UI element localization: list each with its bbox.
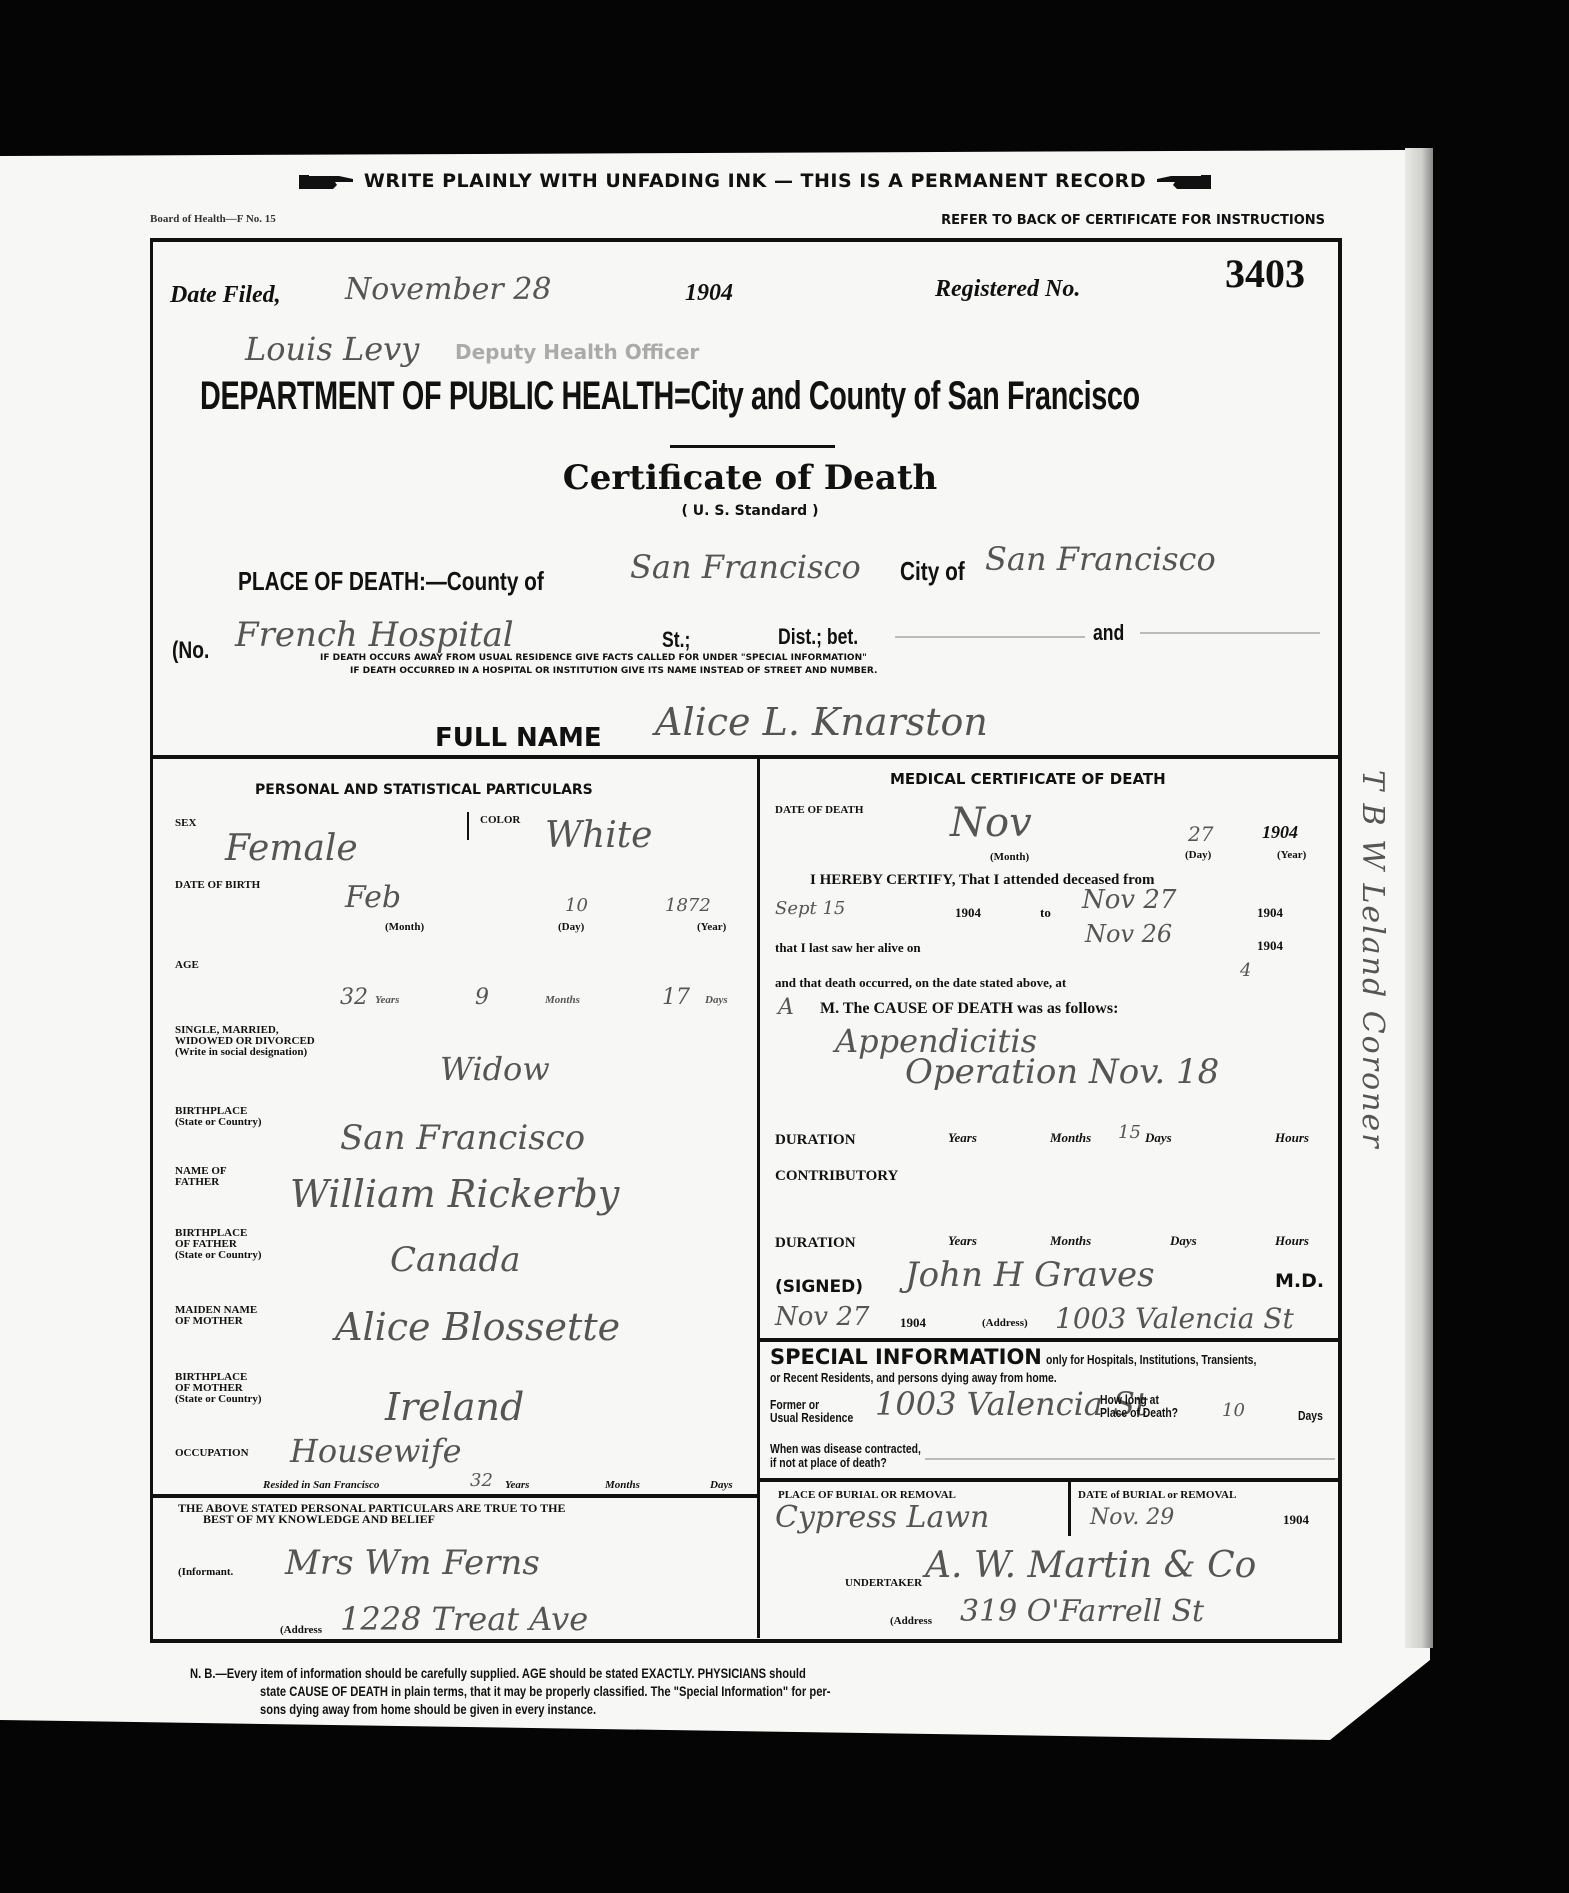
father-name-label-line2: FATHER (175, 1177, 227, 1188)
marital-label-line3: (Write in social designation) (175, 1047, 315, 1058)
contracted-field (925, 1458, 1335, 1460)
resided-years-caption: Years (505, 1480, 529, 1491)
occupation-value: Housewife (290, 1432, 462, 1470)
dod-day-caption: (Day) (1185, 850, 1211, 861)
place-note-line2: IF DEATH OCCURRED IN A HOSPITAL OR INSTI… (350, 666, 877, 676)
standard-note: ( U. S. Standard ) (0, 503, 1500, 519)
mother-name-label-line2: OF MOTHER (175, 1316, 257, 1327)
signed-label: (SIGNED) (775, 1277, 863, 1297)
duration-label: DURATION (775, 1132, 856, 1149)
officer-signature: Louis Levy (245, 330, 419, 368)
sex-value: Female (225, 828, 358, 869)
residence-label-line2: Usual Residence (770, 1411, 853, 1424)
father-birthplace-label-line3: (State or Country) (175, 1250, 262, 1261)
county-value: San Francisco (630, 548, 861, 586)
undertaker-value: A. W. Martin & Co (925, 1545, 1256, 1586)
personal-heading: PERSONAL AND STATISTICAL PARTICULARS (255, 782, 593, 798)
age-days: 17 (662, 985, 690, 1010)
father-name-label: NAME OF FATHER (175, 1166, 227, 1188)
duration-years-caption: Years (948, 1130, 977, 1146)
footnote-line1: N. B.—Every item of information should b… (190, 1665, 806, 1681)
registered-label: Registered No. (935, 276, 1080, 303)
informant-address-value: 1228 Treat Ave (340, 1600, 588, 1638)
footnote-line2: state CAUSE OF DEATH in plain terms, tha… (260, 1683, 831, 1699)
form-id: Board of Health—F No. 15 (150, 213, 276, 225)
dod-year: 1904 (1262, 822, 1298, 843)
sex-label: SEX (175, 818, 196, 829)
special-heading-note: only for Hospitals, Institutions, Transi… (1046, 1352, 1256, 1367)
mother-birthplace-label-line3: (State or Country) (175, 1394, 262, 1405)
header-banner: WRITE PLAINLY WITH UNFADING INK — THIS I… (205, 170, 1305, 193)
residence-label: Former or Usual Residence (770, 1398, 853, 1424)
signed-year: 1904 (900, 1315, 926, 1331)
dod-month-caption: (Month) (990, 852, 1029, 863)
city-value: San Francisco (985, 540, 1216, 578)
city-label: City of (900, 556, 965, 587)
attended-to-date: Nov 27 (1082, 885, 1176, 915)
place-of-death-location: French Hospital (235, 615, 514, 655)
birthplace-value: San Francisco (340, 1118, 585, 1158)
district-between-field (895, 636, 1085, 638)
date-filed-value: November 28 (345, 272, 551, 307)
burial-place-value: Cypress Lawn (775, 1500, 989, 1535)
physician-address: 1003 Valencia St (1055, 1302, 1294, 1335)
contracted-label-line2: if not at place of death? (770, 1456, 921, 1470)
physician-address-label: (Address) (982, 1318, 1028, 1329)
resided-days-caption: Days (710, 1480, 733, 1491)
coroner-side-note: T B W Leland Coroner (1355, 770, 1390, 1150)
cause-secondary: Operation Nov. 18 (905, 1052, 1219, 1092)
special-divider (758, 1338, 1339, 1342)
page-edge (1405, 148, 1433, 1648)
resided-label: Resided in San Francisco (263, 1480, 379, 1491)
place-of-death-label: PLACE OF DEATH:—County of (238, 566, 544, 597)
md-label: M.D. (1275, 1270, 1324, 1292)
how-long-value: 10 (1222, 1400, 1245, 1421)
dod-label: DATE OF DEATH (775, 805, 863, 816)
how-long-label: How long at Place of Death? (1100, 1393, 1178, 1419)
contributory-hours-caption: Hours (1275, 1233, 1309, 1249)
column-divider (757, 758, 760, 1638)
instructions-note: REFER TO BACK OF CERTIFICATE FOR INSTRUC… (810, 213, 1325, 228)
father-birthplace-value: Canada (390, 1240, 521, 1280)
dob-year-caption: (Year) (697, 922, 726, 933)
last-saw-date: Nov 26 (1085, 920, 1172, 948)
burial-date-label: DATE of BURIAL or REMOVAL (1078, 1490, 1236, 1501)
duration-hours-caption: Hours (1275, 1130, 1309, 1146)
death-meridiem: A (778, 995, 794, 1020)
district-label: Dist.; bet. (778, 624, 858, 650)
special-heading-line2: or Recent Residents, and persons dying a… (770, 1370, 1057, 1385)
age-months-caption: Months (545, 995, 580, 1006)
last-saw-text: that I last saw her alive on (775, 940, 921, 956)
duration-days-value: 15 (1118, 1122, 1141, 1143)
signed-date: Nov 27 (775, 1302, 869, 1332)
undertaker-label: UNDERTAKER (845, 1578, 922, 1589)
mother-birthplace-label: BIRTHPLACE OF MOTHER (State or Country) (175, 1372, 262, 1405)
street-label: St.; (662, 627, 690, 653)
mother-name-label: MAIDEN NAME OF MOTHER (175, 1305, 257, 1327)
age-months: 9 (475, 985, 489, 1010)
district-and-field (1140, 632, 1320, 634)
mother-birthplace-value: Ireland (385, 1385, 524, 1429)
burial-year: 1904 (1283, 1512, 1309, 1528)
contracted-label: When was disease contracted, if not at p… (770, 1442, 921, 1470)
marital-label: SINGLE, MARRIED, WIDOWED OR DIVORCED (Wr… (175, 1025, 315, 1058)
contracted-label-line1: When was disease contracted, (770, 1442, 921, 1456)
place-note-line1: IF DEATH OCCURS AWAY FROM USUAL RESIDENC… (320, 653, 867, 663)
attended-from-year: 1904 (955, 905, 981, 921)
how-long-days-caption: Days (1298, 1408, 1323, 1423)
contributory-months-caption: Months (1050, 1233, 1091, 1249)
dod-day: 27 (1188, 822, 1213, 846)
attended-from-date: Sept 15 (775, 898, 845, 919)
father-name-value: William Rickerby (290, 1172, 619, 1216)
pointing-hand-icon (297, 171, 357, 193)
resided-months-caption: Months (605, 1480, 640, 1491)
age-years-caption: Years (375, 995, 399, 1006)
full-name-value: Alice L. Knarston (655, 700, 988, 744)
officer-title: Deputy Health Officer (455, 340, 699, 364)
mother-name-value: Alice Blossette (335, 1305, 620, 1349)
occurred-text: and that death occurred, on the date sta… (775, 975, 1066, 991)
department-title: DEPARTMENT OF PUBLIC HEALTH=City and Cou… (200, 374, 1140, 419)
physician-signature: John H Graves (905, 1255, 1155, 1295)
age-days-caption: Days (705, 995, 728, 1006)
and-label: and (1093, 620, 1124, 646)
sex-color-divider (467, 812, 469, 840)
informant-statement-line2: BEST OF MY KNOWLEDGE AND BELIEF (178, 1514, 565, 1525)
contributory-label: CONTRIBUTORY (775, 1168, 898, 1185)
occupation-label: OCCUPATION (175, 1448, 249, 1459)
duration-days-caption: Days (1145, 1130, 1172, 1146)
title-divider (670, 445, 835, 448)
informant-value: Mrs Wm Ferns (285, 1543, 540, 1583)
color-value: White (545, 815, 652, 856)
section-divider (153, 755, 1339, 759)
dod-month: Nov (950, 800, 1032, 846)
cause-text: M. The CAUSE OF DEATH was as follows: (820, 1000, 1118, 1018)
marital-value: Widow (440, 1050, 550, 1088)
death-hour: 4 (1240, 960, 1251, 981)
father-birthplace-label: BIRTHPLACE OF FATHER (State or Country) (175, 1228, 262, 1261)
dob-day-caption: (Day) (558, 922, 584, 933)
informant-statement: THE ABOVE STATED PERSONAL PARTICULARS AR… (178, 1503, 565, 1525)
attended-to-label: to (1040, 905, 1051, 921)
informant-divider (153, 1494, 758, 1498)
informant-label: (Informant. (178, 1567, 233, 1578)
age-years: 32 (340, 985, 368, 1010)
dob-year: 1872 (665, 895, 711, 916)
contributory-days-caption: Days (1170, 1233, 1197, 1249)
special-heading: SPECIAL INFORMATION only for Hospitals, … (770, 1345, 1309, 1369)
medical-heading: MEDICAL CERTIFICATE OF DEATH (890, 770, 1166, 788)
undertaker-address-label: (Address (890, 1616, 932, 1627)
pointing-hand-icon (1153, 171, 1213, 193)
dob-day: 10 (565, 895, 588, 916)
date-filed-year: 1904 (685, 280, 733, 307)
color-label: COLOR (480, 815, 520, 826)
age-label: AGE (175, 960, 199, 971)
street-number-label: (No. (172, 637, 209, 665)
burial-divider (758, 1478, 1339, 1482)
duration-months-caption: Months (1050, 1130, 1091, 1146)
burial-date-value: Nov. 29 (1090, 1505, 1174, 1530)
dod-year-caption: (Year) (1277, 850, 1306, 861)
how-long-label-line2: Place of Death? (1100, 1406, 1178, 1419)
certificate-title: Certificate of Death (0, 458, 1500, 498)
registered-number: 3403 (1225, 250, 1305, 297)
burial-column-divider (1068, 1481, 1071, 1536)
banner-text: WRITE PLAINLY WITH UNFADING INK — THIS I… (364, 170, 1146, 192)
contributory-years-caption: Years (948, 1233, 977, 1249)
full-name-label: FULL NAME (435, 723, 602, 753)
special-heading-title: SPECIAL INFORMATION (770, 1345, 1042, 1369)
dob-label: DATE OF BIRTH (175, 880, 260, 891)
last-saw-year: 1904 (1257, 938, 1283, 954)
contributory-duration-label: DURATION (775, 1235, 856, 1252)
dob-month-caption: (Month) (385, 922, 424, 933)
dob-month: Feb (345, 880, 401, 915)
footnote-line3: sons dying away from home should be give… (260, 1701, 596, 1717)
attended-to-year: 1904 (1257, 905, 1283, 921)
resided-years: 32 (470, 1470, 493, 1491)
birthplace-label: BIRTHPLACE (State or Country) (175, 1106, 262, 1128)
informant-address-label: (Address (280, 1625, 322, 1636)
undertaker-address: 319 O'Farrell St (960, 1594, 1204, 1629)
birthplace-label-line2: (State or Country) (175, 1117, 262, 1128)
date-filed-label: Date Filed, (170, 282, 281, 309)
